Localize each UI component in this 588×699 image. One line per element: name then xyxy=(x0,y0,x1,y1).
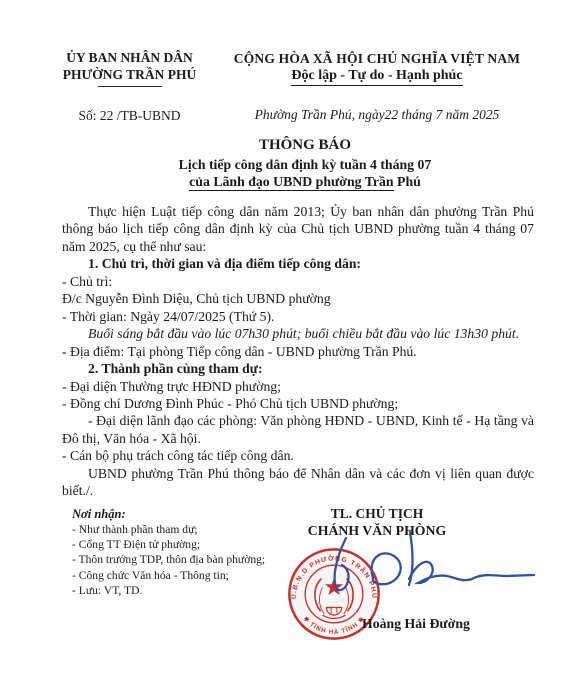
document-header: ỦY BAN NHÂN DÂN PHƯỜNG TRẦN PHÚ Số: 22 /… xyxy=(0,0,588,124)
document-footer: Nơi nhận: - Như thành phần tham dự; - Cổ… xyxy=(0,500,588,699)
national-motto: Độc lập - Tự do - Hạnh phúc xyxy=(227,67,527,86)
recipient-item: - Thôn trưởng TDP, thôn địa bàn phường; xyxy=(72,552,302,567)
participant-item: - Cán bộ phụ trách công tác tiếp công dâ… xyxy=(62,447,534,464)
document-page: ỦY BAN NHÂN DÂN PHƯỜNG TRẦN PHÚ Số: 22 /… xyxy=(0,0,588,699)
place-line: - Địa điểm: Tại phòng Tiếp công dân - UB… xyxy=(62,343,534,360)
closing-paragraph: UBND phường Trần Phú thông báo để Nhân d… xyxy=(62,465,534,500)
doc-subtitle-2-suffix: Phú xyxy=(394,174,421,189)
time-note: Buổi sáng bắt đầu vào lúc 07h30 phút; bu… xyxy=(62,325,534,342)
section-2-heading: 2. Thành phần cùng tham dự: xyxy=(62,360,534,377)
participant-item: - Đồng chí Dương Đình Phúc - Phó Chủ tịc… xyxy=(62,395,534,412)
doc-title: THÔNG BÁO xyxy=(11,136,588,154)
org-underline xyxy=(98,86,162,87)
handwritten-signature xyxy=(316,526,540,610)
recipient-item: - Như thành phần tham dự; xyxy=(72,522,302,537)
signature-title-1: TL. CHỦ TỊCH xyxy=(277,505,477,522)
org-name-line2: PHƯỜNG TRẦN PHÚ xyxy=(47,67,212,84)
document-body: Thực hiện Luật tiếp công dân năm 2013; Ủ… xyxy=(0,203,588,500)
recipient-item: - Cổng TT Điện tử phường; xyxy=(72,537,302,552)
chu-tri-label: - Chủ trì: xyxy=(62,273,534,290)
doc-subtitle-2: của Lãnh đạo UBND phường Trần Phú xyxy=(11,173,588,190)
place-date-line: Phường Trần Phú, ngày22 tháng 7 năm 2025 xyxy=(227,107,527,123)
national-motto-text: Độc lập - Tự do - Hạnh phúc xyxy=(291,67,462,86)
time-line: - Thời gian: Ngày 24/07/2025 (Thứ 5). xyxy=(62,308,534,325)
section-1-heading: 1. Chủ trì, thời gian và địa điểm tiếp c… xyxy=(62,255,534,272)
doc-subtitle: Lịch tiếp công dân định kỳ tuần 4 tháng … xyxy=(11,156,588,173)
signature-ink-icon xyxy=(316,526,540,610)
intro-paragraph: Thực hiện Luật tiếp công dân năm 2013; Ủ… xyxy=(62,203,534,255)
recipients-title: Nơi nhận: xyxy=(72,506,302,522)
recipients-block: Nơi nhận: - Như thành phần tham dự; - Cổ… xyxy=(72,506,302,598)
chu-tri-person: Đ/c Nguyễn Đình Diệu, Chủ tịch UBND phườ… xyxy=(62,290,534,307)
issuing-org-block: ỦY BAN NHÂN DÂN PHƯỜNG TRẦN PHÚ Số: 22 /… xyxy=(47,50,212,124)
national-header-block: CỘNG HÒA XÃ HỘI CHỦ NGHĨA VIỆT NAM Độc l… xyxy=(227,50,527,124)
participant-item: - Đại diện Thường trực HĐND phường; xyxy=(62,378,534,395)
org-name-line1: ỦY BAN NHÂN DÂN xyxy=(47,50,212,67)
national-title: CỘNG HÒA XÃ HỘI CHỦ NGHĨA VIỆT NAM xyxy=(227,50,527,67)
doc-number: Số: 22 /TB-UBND xyxy=(47,108,212,124)
title-block: THÔNG BÁO Lịch tiếp công dân định kỳ tuầ… xyxy=(11,136,588,190)
participant-item: - Đại diện lãnh đạo các phòng: Văn phòng… xyxy=(62,412,534,447)
signer-name: Hoàng Hải Đường xyxy=(362,616,470,632)
recipient-item: - Công chức Văn hóa - Thông tin; xyxy=(72,568,302,583)
recipient-item: - Lưu: VT, TD. xyxy=(72,583,302,598)
doc-subtitle-2-underlined: của Lãnh đạo UBND phường Trần xyxy=(189,174,393,191)
